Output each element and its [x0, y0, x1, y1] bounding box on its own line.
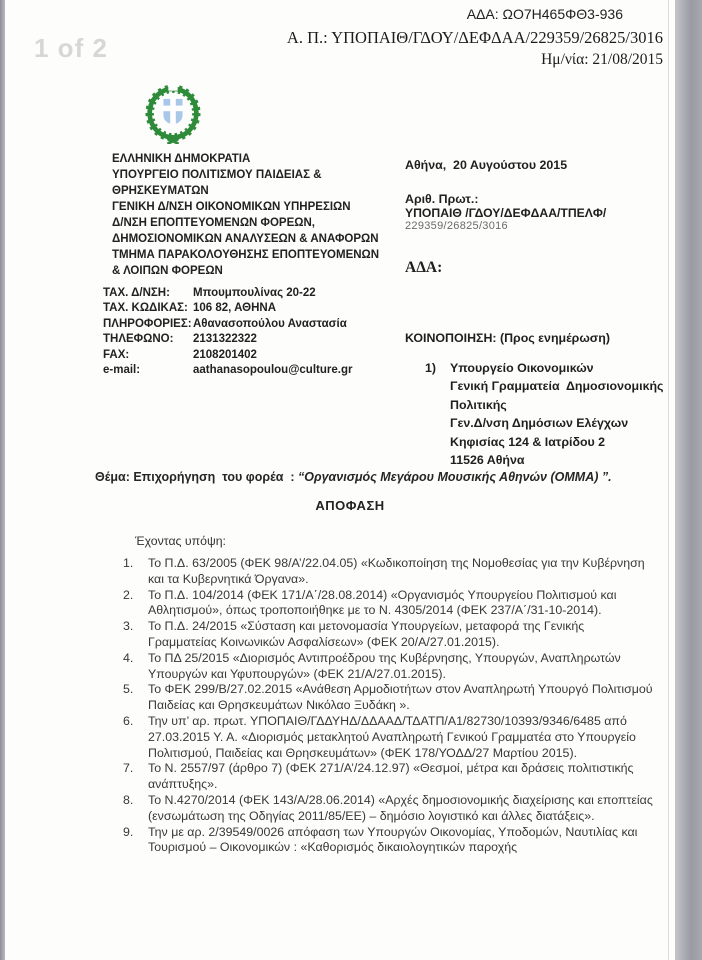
subject-label: Θέμα: Επιχορήγηση του φορέα :	[95, 470, 295, 484]
item-number: 4.	[123, 651, 148, 683]
letterhead-line: & ΛΟΙΠΩΝ ΦΟΡΕΩΝ	[112, 263, 412, 279]
item-text: Το ΦΕΚ 299/Β/27.02.2015 «Ανάθεση Αρμοδιο…	[148, 682, 656, 714]
letterhead-line: ΘΡΗΣΚΕΥΜΑΤΩΝ	[112, 183, 412, 199]
ada-field-label: ΑΔΑ:	[405, 259, 675, 277]
ada-stamp-block: ΑΔΑ: ΩΟ7Η465ΦΘ3-936 Α. Π.: ΥΠΟΠΑΙΘ/ΓΔΟΥ/…	[287, 6, 663, 69]
contact-label: ΤΑΧ. ΚΩΔΙΚΑΣ:	[103, 301, 193, 316]
contact-row-address: ΤΑΧ. Δ/ΝΣΗ: Μπουμπουλίνας 20-22	[103, 286, 413, 301]
recipient: 1) Υπουργείο Οικονομικών Γενική Γραμματε…	[405, 359, 685, 469]
item-number: 3.	[123, 619, 148, 651]
list-item: 3. Το Π.Δ. 24/2015 «Σύσταση και μετονομα…	[123, 619, 658, 651]
contact-value: 2131322322	[193, 332, 257, 347]
decision-title: ΑΠΟΦΑΣΗ	[95, 498, 605, 513]
contact-value: 106 82, ΑΘΗΝΑ	[193, 301, 276, 316]
legal-considerations-list: 1. Το Π.Δ. 63/2005 (ΦΕΚ 98/Α’/22.04.05) …	[123, 556, 658, 856]
scan-edge-left	[0, 0, 5, 960]
recipient-line: Υπουργείο Οικονομικών	[450, 359, 664, 377]
contact-label: e-mail:	[103, 363, 193, 378]
contact-value: aathanasopoulou@culture.gr	[193, 363, 352, 378]
item-number: 6.	[123, 714, 148, 761]
recipient-line: Κηφισίας 124 & Ιατρίδου 2	[450, 433, 664, 451]
page-right-border	[668, 0, 669, 960]
contact-row-fax: FAX: 2108201402	[103, 348, 413, 363]
contact-row-postcode: ΤΑΧ. ΚΩΔΙΚΑΣ: 106 82, ΑΘΗΝΑ	[103, 301, 413, 316]
contact-row-phone: ΤΗΛΕΦΩΝΟ: 2131322322	[103, 332, 413, 347]
subject-value: “Οργανισμός Μεγάρου Μουσικής Αθηνών (ΟΜΜ…	[298, 470, 612, 484]
contact-label: ΠΛΗΡΟΦΟΡΙΕΣ:	[103, 317, 193, 332]
page-indicator: 1 of 2	[34, 33, 108, 64]
subject-line: Θέμα: Επιχορήγηση του φορέα : “Οργανισμό…	[95, 470, 655, 484]
letterhead-line: ΓΕΝΙΚΗ Δ/ΝΣΗ ΟΙΚΟΝΟΜΙΚΩΝ ΥΠΗΡΕΣΙΩΝ	[112, 199, 412, 215]
stamp-date: Ημ/νία: 21/08/2015	[287, 51, 663, 69]
contact-block: ΤΑΧ. Δ/ΝΣΗ: Μπουμπουλίνας 20-22 ΤΑΧ. ΚΩΔ…	[103, 286, 413, 378]
item-number: 8.	[123, 793, 148, 825]
item-number: 2.	[123, 588, 148, 620]
protocol-number: 229359/26825/3016	[405, 220, 675, 232]
list-item: 4. Το ΠΔ 25/2015 «Διορισμός Αντιπροέδρου…	[123, 651, 658, 683]
item-text: Το Π.Δ. 104/2014 (ΦΕΚ 171/Α΄/28.08.2014)…	[148, 588, 656, 620]
letterhead-line: ΤΜΗΜΑ ΠΑΡΑΚΟΛΟΥΘΗΣΗΣ ΕΠΟΠΤΕΥΟΜΕΝΩΝ	[112, 247, 412, 263]
letterhead-line: ΕΛΛΗΝΙΚΗ ΔΗΜΟΚΡΑΤΙΑ	[112, 151, 412, 167]
scan-edge-right	[675, 0, 702, 960]
list-item: 6. Την υπ’ αρ. πρωτ. ΥΠΟΠΑΙΘ/ΓΔΔΥΗΔ/ΔΔΑΑ…	[123, 714, 658, 761]
item-text: Την υπ’ αρ. πρωτ. ΥΠΟΠΑΙΘ/ΓΔΔΥΗΔ/ΔΔΑΑΔ/Τ…	[148, 714, 656, 761]
recipient-line: 11526 Αθήνα	[450, 451, 664, 469]
notification-block: ΚΟΙΝΟΠΟΙΗΣΗ: (Προς ενημέρωση) 1) Υπουργε…	[405, 331, 685, 469]
contact-value: Μπουμπουλίνας 20-22	[193, 286, 316, 301]
document-page: 1 of 2 ΑΔΑ: ΩΟ7Η465ΦΘ3-936 Α. Π.: ΥΠΟΠΑΙ…	[0, 0, 702, 960]
contact-value: Αθανασοπούλου Αναστασία	[193, 317, 347, 332]
reference-block: Αθήνα, 20 Αυγούστου 2015 Αριθ. Πρωτ.: ΥΠ…	[405, 158, 675, 277]
item-text: Το ΠΔ 25/2015 «Διορισμός Αντιπροέδρου τη…	[148, 651, 656, 683]
contact-label: ΤΑΧ. Δ/ΝΣΗ:	[103, 286, 193, 301]
city-date: Αθήνα, 20 Αυγούστου 2015	[405, 158, 675, 172]
letterhead-line: ΥΠΟΥΡΓΕΙΟ ΠΟΛΙΤΙΣΜΟΥ ΠΑΙΔΕΙΑΣ &	[112, 167, 412, 183]
recipient-line: Γενική Γραμματεία Δημοσιονομικής	[450, 377, 664, 395]
letterhead: ΕΛΛΗΝΙΚΗ ΔΗΜΟΚΡΑΤΙΑ ΥΠΟΥΡΓΕΙΟ ΠΟΛΙΤΙΣΜΟΥ…	[112, 84, 412, 279]
list-item: 8. Το Ν.4270/2014 (ΦΕΚ 143/Α/28.06.2014)…	[123, 793, 658, 825]
recipient-number: 1)	[425, 359, 450, 469]
letterhead-line: Δ/ΝΣΗ ΕΠΟΠΤΕΥΟΜΕΝΩΝ ΦΟΡΕΩΝ,	[112, 215, 412, 231]
list-item: 9. Την με αρ. 2/39549/0026 απόφαση των Υ…	[123, 825, 658, 857]
item-number: 9.	[123, 825, 148, 857]
letterhead-line: ΔΗΜΟΣΙΟΝΟΜΙΚΩΝ ΑΝΑΛΥΣΕΩΝ & ΑΝΑΦΟΡΩΝ	[112, 231, 412, 247]
protocol-label: Αριθ. Πρωτ.:	[405, 192, 675, 206]
item-text: Το Ν.4270/2014 (ΦΕΚ 143/Α/28.06.2014) «Α…	[148, 793, 656, 825]
notification-heading: ΚΟΙΝΟΠΟΙΗΣΗ: (Προς ενημέρωση)	[405, 331, 685, 345]
item-text: Το Π.Δ. 63/2005 (ΦΕΚ 98/Α’/22.04.05) «Κω…	[148, 556, 656, 588]
item-text: Το Π.Δ. 24/2015 «Σύσταση και μετονομασία…	[148, 619, 656, 651]
item-number: 5.	[123, 682, 148, 714]
protocol-code: ΥΠΟΠΑΙΘ /ΓΔΟΥ/ΔΕΦΔΑΑ/ΤΠΕΛΦ/	[405, 206, 675, 220]
list-item: 1. Το Π.Δ. 63/2005 (ΦΕΚ 98/Α’/22.04.05) …	[123, 556, 658, 588]
recipient-line: Πολιτικής	[450, 396, 664, 414]
item-number: 7.	[123, 761, 148, 793]
ada-code: ΑΔΑ: ΩΟ7Η465ΦΘ3-936	[287, 6, 663, 22]
recipient-address: Υπουργείο Οικονομικών Γενική Γραμματεία …	[450, 359, 664, 469]
contact-row-information: ΠΛΗΡΟΦΟΡΙΕΣ: Αθανασοπούλου Αναστασία	[103, 317, 413, 332]
item-number: 1.	[123, 556, 148, 588]
item-text: Την με αρ. 2/39549/0026 απόφαση των Υπου…	[148, 825, 656, 857]
list-item: 7. Το Ν. 2557/97 (άρθρο 7) (ΦΕΚ 271/Α’/2…	[123, 761, 658, 793]
preamble-label: Έχοντας υπόψη:	[135, 534, 226, 548]
contact-row-email: e-mail: aathanasopoulou@culture.gr	[103, 363, 413, 378]
recipient-line: Γεν.Δ/νση Δημόσιων Ελέγχων	[450, 414, 664, 432]
list-item: 5. Το ΦΕΚ 299/Β/27.02.2015 «Ανάθεση Αρμο…	[123, 682, 658, 714]
contact-label: ΤΗΛΕΦΩΝΟ:	[103, 332, 193, 347]
contact-value: 2108201402	[193, 348, 257, 363]
contact-label: FAX:	[103, 348, 193, 363]
protocol-number-line: Α. Π.: ΥΠΟΠΑΙΘ/ΓΔΟΥ/ΔΕΦΔΑΑ/229359/26825/…	[287, 28, 663, 48]
list-item: 2. Το Π.Δ. 104/2014 (ΦΕΚ 171/Α΄/28.08.20…	[123, 588, 658, 620]
ministry-header: ΕΛΛΗΝΙΚΗ ΔΗΜΟΚΡΑΤΙΑ ΥΠΟΥΡΓΕΙΟ ΠΟΛΙΤΙΣΜΟΥ…	[112, 151, 412, 279]
hellenic-republic-emblem-icon	[145, 84, 201, 144]
item-text: Το Ν. 2557/97 (άρθρο 7) (ΦΕΚ 271/Α’/24.1…	[148, 761, 656, 793]
